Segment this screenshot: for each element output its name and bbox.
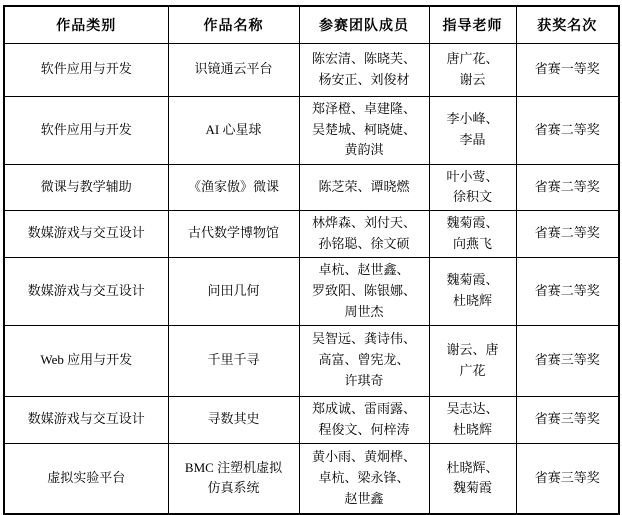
table-row: 数媒游戏与交互设计 古代数学博物馆 林烨森、刘付天、 孙铭聪、徐文硕 魏菊霞、 …: [4, 211, 619, 258]
column-header-members: 参赛团队成员: [299, 6, 429, 43]
table-header-row: 作品类别 作品名称 参赛团队成员 指导老师 获奖名次: [4, 6, 619, 43]
cell-members: 林烨森、刘付天、 孙铭聪、徐文硕: [299, 211, 429, 258]
cell-members: 郑泽橙、卓建隆、 吴楚城、柯晓婕、 黄韵淇: [299, 96, 429, 164]
cell-advisors: 李小峰、 李晶: [429, 96, 516, 164]
cell-members: 卓杭、赵世鑫、 罗致阳、陈银娜、 周世杰: [299, 257, 429, 325]
page: 作品类别 作品名称 参赛团队成员 指导老师 获奖名次 软件应用与开发 识镜通云平…: [0, 0, 622, 515]
table-row: Web 应用与开发 千里千寻 吴智远、龚诗伟、 高富、曾宪龙、 许琪奇 谢云、唐…: [4, 325, 619, 396]
column-header-award: 获奖名次: [516, 6, 619, 43]
cell-category: 数媒游戏与交互设计: [4, 257, 168, 325]
cell-work-name: AI 心星球: [168, 96, 299, 164]
table-row: 软件应用与开发 AI 心星球 郑泽橙、卓建隆、 吴楚城、柯晓婕、 黄韵淇 李小峰…: [4, 96, 619, 164]
awards-table: 作品类别 作品名称 参赛团队成员 指导老师 获奖名次 软件应用与开发 识镜通云平…: [3, 5, 620, 515]
cell-award: 省赛一等奖: [516, 43, 619, 96]
cell-advisors: 唐广花、 谢云: [429, 43, 516, 96]
table-row: 软件应用与开发 识镜通云平台 陈宏清、陈晓芙、 杨安正、刘俊材 唐广花、 谢云 …: [4, 43, 619, 96]
cell-category: 软件应用与开发: [4, 96, 168, 164]
cell-category: 微课与教学辅助: [4, 164, 168, 211]
cell-award: 省赛二等奖: [516, 96, 619, 164]
table-row: 数媒游戏与交互设计 问田几何 卓杭、赵世鑫、 罗致阳、陈银娜、 周世杰 魏菊霞、…: [4, 257, 619, 325]
cell-award: 省赛三等奖: [516, 325, 619, 396]
cell-advisors: 谢云、唐 广花: [429, 325, 516, 396]
cell-category: 数媒游戏与交互设计: [4, 211, 168, 258]
cell-work-name: BMC 注塑机虚拟 仿真系统: [168, 443, 299, 514]
cell-category: 虚拟实验平台: [4, 443, 168, 514]
cell-advisors: 叶小莺、 徐积文: [429, 164, 516, 211]
cell-category: 软件应用与开发: [4, 43, 168, 96]
cell-work-name: 古代数学博物馆: [168, 211, 299, 258]
table-row: 数媒游戏与交互设计 寻数其史 郑成诚、雷雨露、 程俊文、何梓涛 吴志达、 杜晓辉…: [4, 396, 619, 443]
cell-members: 黄小雨、黄炯桦、 卓杭、梁永锋、 赵世鑫: [299, 443, 429, 514]
cell-advisors: 魏菊霞、 向燕飞: [429, 211, 516, 258]
cell-work-name: 问田几何: [168, 257, 299, 325]
cell-work-name: 《渔家傲》微课: [168, 164, 299, 211]
cell-members: 吴智远、龚诗伟、 高富、曾宪龙、 许琪奇: [299, 325, 429, 396]
cell-members: 郑成诚、雷雨露、 程俊文、何梓涛: [299, 396, 429, 443]
cell-work-name: 寻数其史: [168, 396, 299, 443]
cell-award: 省赛三等奖: [516, 443, 619, 514]
cell-work-name: 识镜通云平台: [168, 43, 299, 96]
cell-award: 省赛三等奖: [516, 396, 619, 443]
cell-category: 数媒游戏与交互设计: [4, 396, 168, 443]
cell-award: 省赛二等奖: [516, 257, 619, 325]
cell-advisors: 吴志达、 杜晓辉: [429, 396, 516, 443]
column-header-advisors: 指导老师: [429, 6, 516, 43]
column-header-category: 作品类别: [4, 6, 168, 43]
cell-award: 省赛二等奖: [516, 211, 619, 258]
cell-advisors: 杜晓辉、 魏菊霞: [429, 443, 516, 514]
cell-members: 陈芝荣、谭晓燃: [299, 164, 429, 211]
cell-members: 陈宏清、陈晓芙、 杨安正、刘俊材: [299, 43, 429, 96]
cell-category: Web 应用与开发: [4, 325, 168, 396]
cell-award: 省赛二等奖: [516, 164, 619, 211]
cell-advisors: 魏菊霞、 杜晓辉: [429, 257, 516, 325]
table-row: 微课与教学辅助 《渔家傲》微课 陈芝荣、谭晓燃 叶小莺、 徐积文 省赛二等奖: [4, 164, 619, 211]
table-row: 虚拟实验平台 BMC 注塑机虚拟 仿真系统 黄小雨、黄炯桦、 卓杭、梁永锋、 赵…: [4, 443, 619, 514]
cell-work-name: 千里千寻: [168, 325, 299, 396]
column-header-work-name: 作品名称: [168, 6, 299, 43]
